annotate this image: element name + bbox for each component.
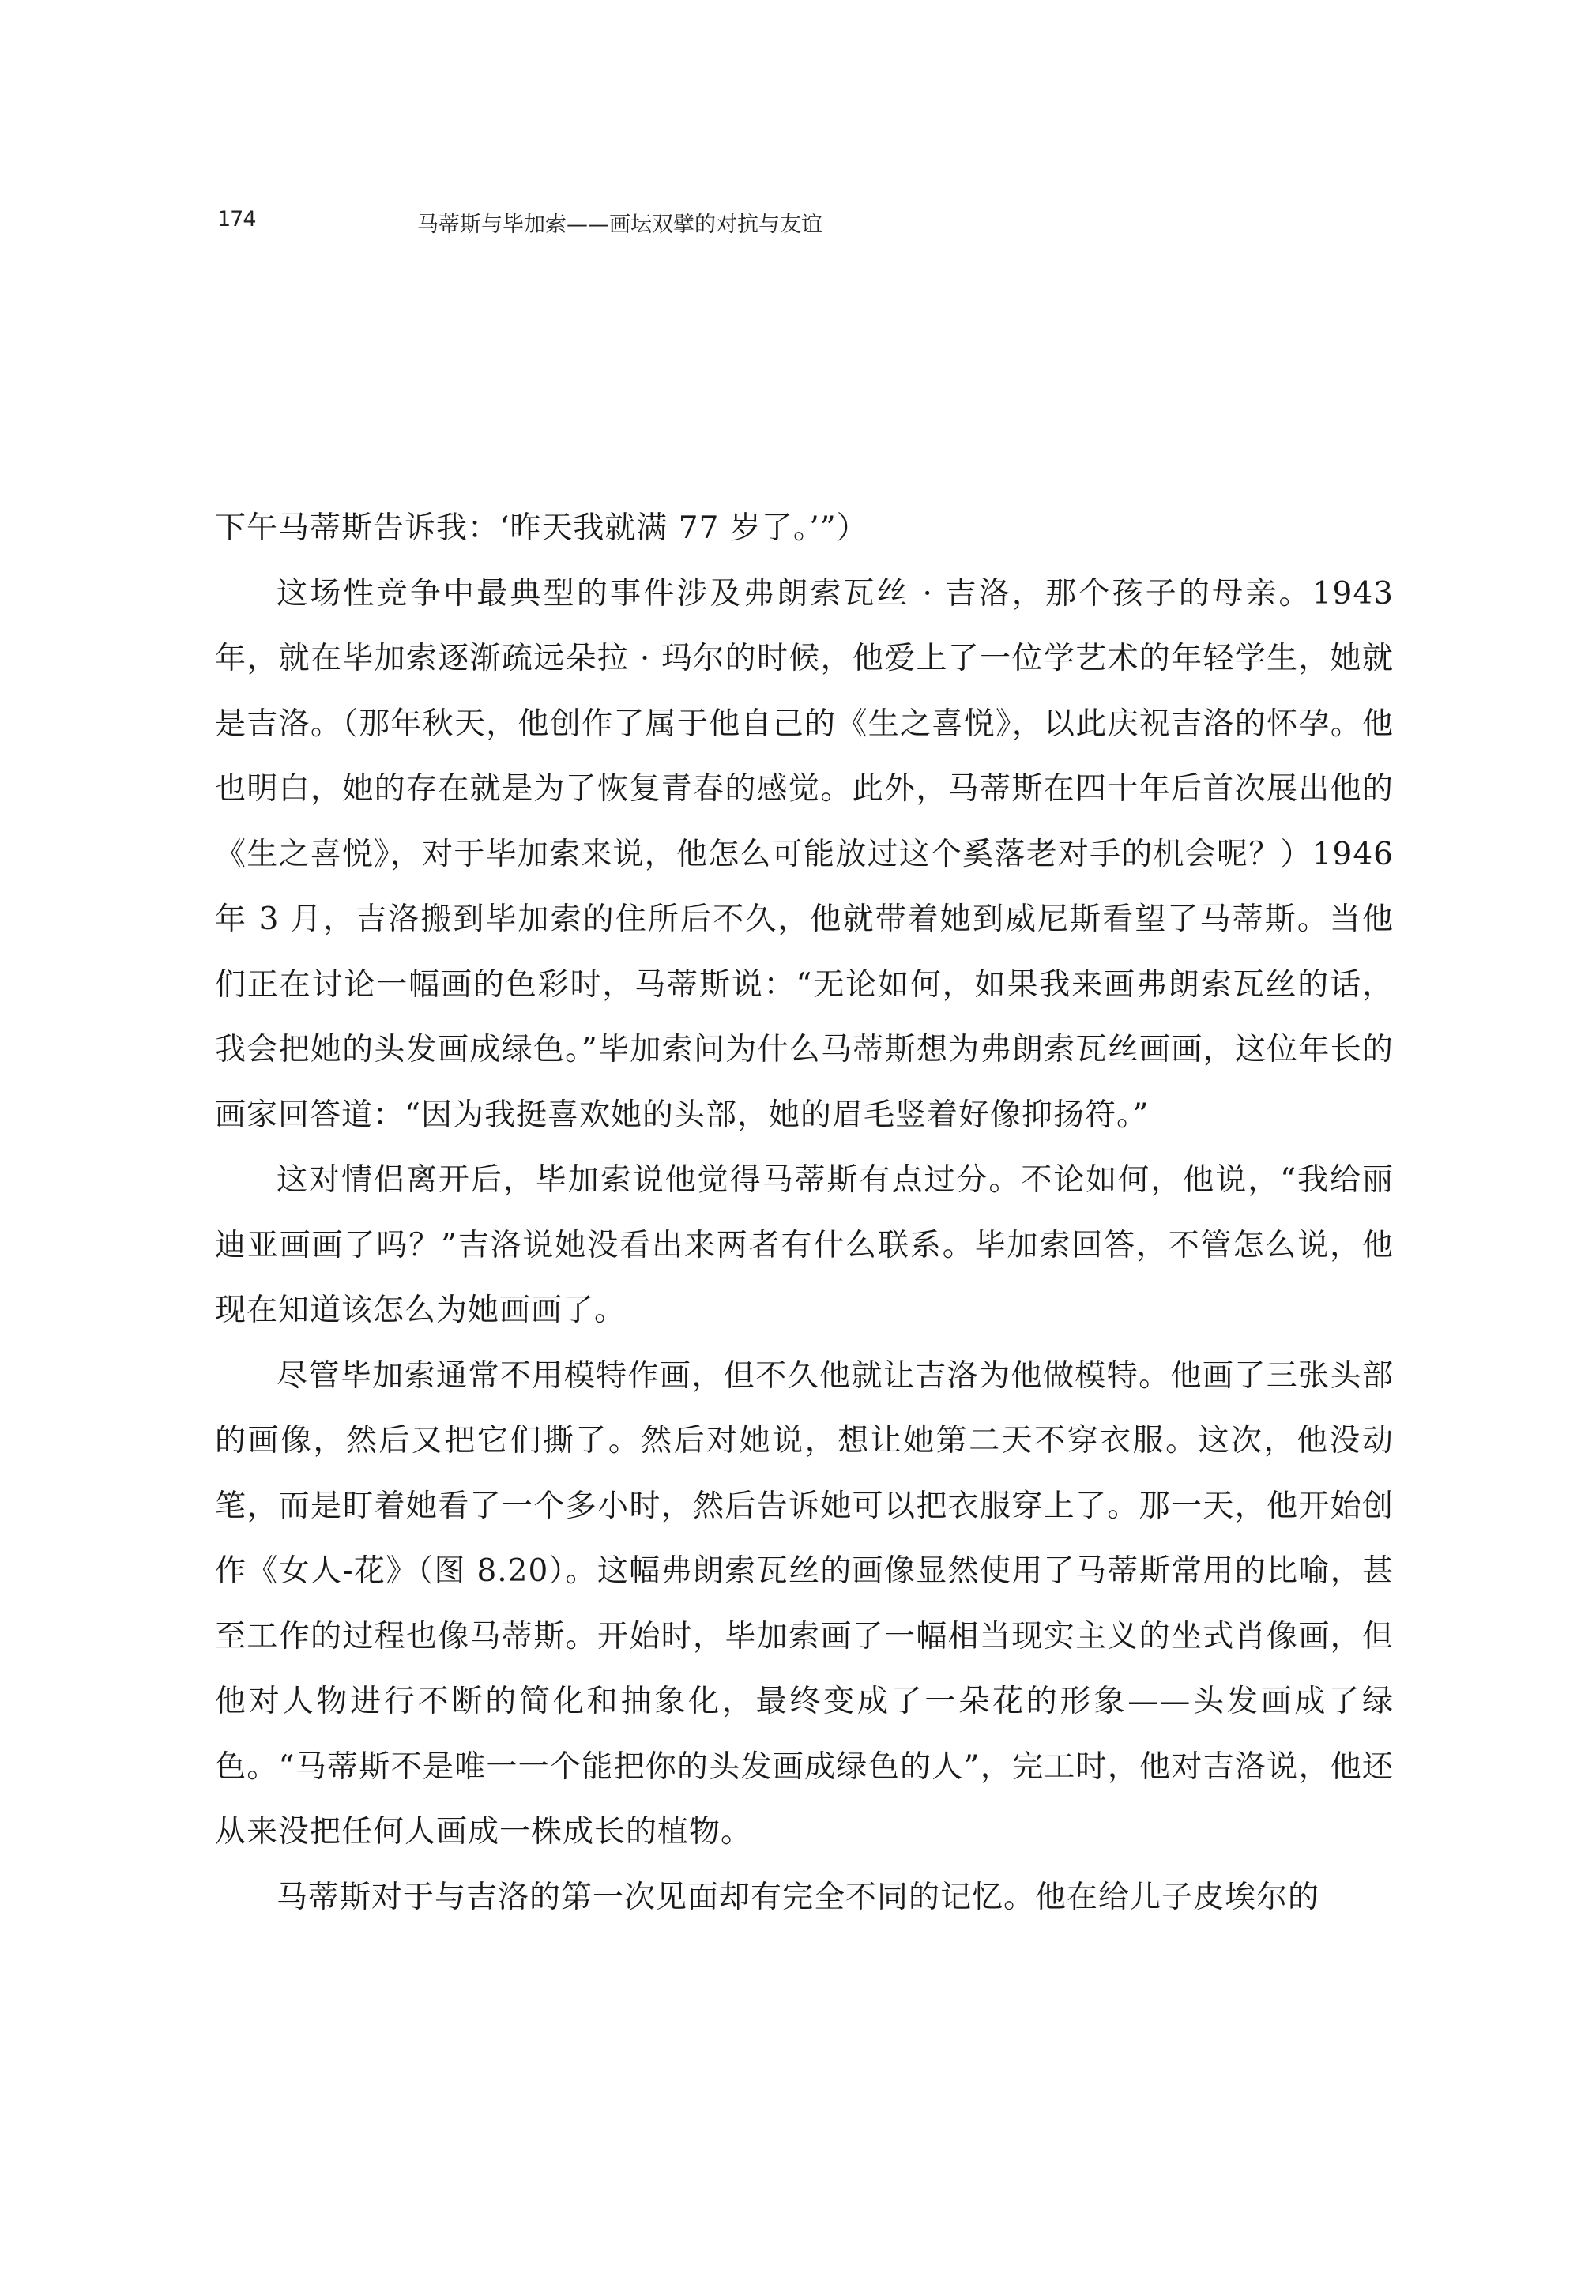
page-number: 174 bbox=[217, 207, 256, 231]
running-header: 174 马蒂斯与毕加索——画坛双擘的对抗与友谊 bbox=[217, 207, 1402, 239]
paragraph: 尽管毕加索通常不用模特作画，但不久他就让吉洛为他做模特。他画了三张头部的画像，然… bbox=[215, 1344, 1394, 1865]
paragraph: 这对情侣离开后，毕加索说他觉得马蒂斯有点过分。不论如何，他说，“我给丽迪亚画画了… bbox=[215, 1148, 1394, 1344]
paragraph-continued: 下午马蒂斯告诉我：‘昨天我就满 77 岁了。’”） bbox=[215, 496, 1394, 562]
paragraph: 马蒂斯对于与吉洛的第一次见面却有完全不同的记忆。他在给儿子皮埃尔的 bbox=[215, 1865, 1394, 1931]
body-text: 下午马蒂斯告诉我：‘昨天我就满 77 岁了。’”） 这场性竞争中最典型的事件涉及… bbox=[215, 496, 1394, 1930]
paragraph: 这场性竞争中最典型的事件涉及弗朗索瓦丝 · 吉洛，那个孩子的母亲。1943 年，… bbox=[215, 562, 1394, 1149]
running-title: 马蒂斯与毕加索——画坛双擘的对抗与友谊 bbox=[417, 207, 822, 238]
